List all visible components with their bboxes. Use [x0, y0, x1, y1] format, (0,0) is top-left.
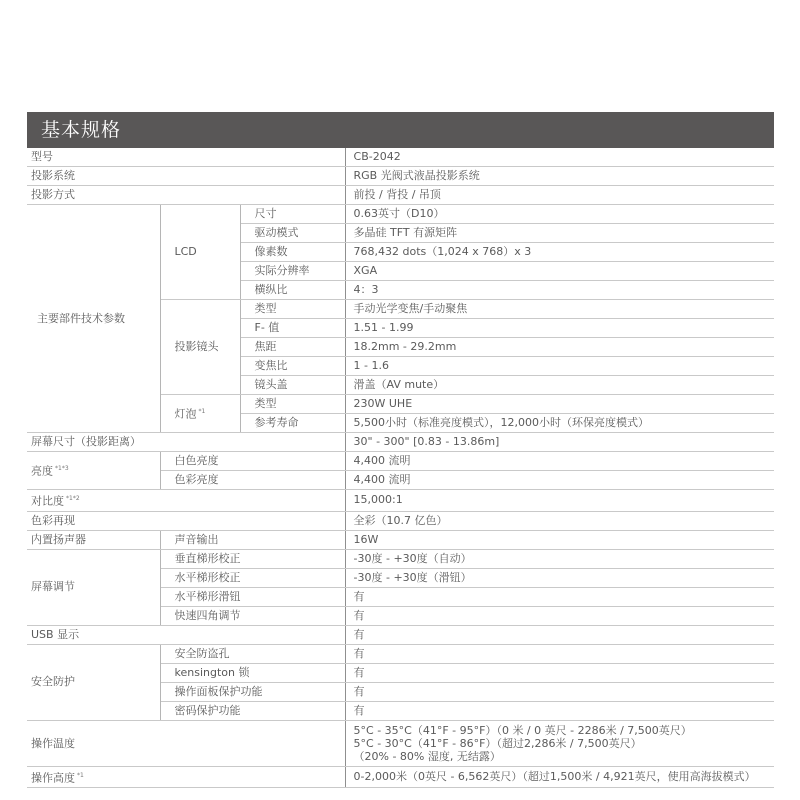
- row-label: 安全防盗孔: [160, 644, 345, 663]
- group-label-speaker: 内置扬声器: [27, 530, 160, 549]
- row-label: 投影系统: [27, 167, 345, 186]
- row-value: 滑盖（AV mute）: [345, 376, 774, 395]
- table-row-projection-method: 投影方式 前投 / 背投 / 吊顶: [27, 186, 774, 205]
- row-label: 实际分辨率: [240, 262, 345, 281]
- spec-table: 型号 CB-2042 投影系统 RGB 光阀式液晶投影系统 投影方式 前投 / …: [27, 148, 774, 788]
- section-title: 基本规格: [27, 112, 774, 148]
- table-row: 亮度*1*3 白色亮度 4,400 流明: [27, 452, 774, 471]
- table-row-color-reproduction: 色彩再现 全彩（10.7 亿色）: [27, 511, 774, 530]
- table-row-contrast: 对比度*1*2 15,000:1: [27, 490, 774, 512]
- row-value: 有: [345, 587, 774, 606]
- row-label: 横纵比: [240, 281, 345, 300]
- row-label: 尺寸: [240, 205, 345, 224]
- row-value: 多晶硅 TFT 有源矩阵: [345, 224, 774, 243]
- row-value: 5,500小时（标准亮度模式），12,000小时（环保亮度模式）: [345, 414, 774, 433]
- row-label: 参考寿命: [240, 414, 345, 433]
- row-value: RGB 光阀式液晶投影系统: [345, 167, 774, 186]
- group-label-screen-adjust: 屏幕调节: [27, 549, 160, 625]
- footnote-marker: *1*3: [55, 465, 69, 472]
- brightness-label: 亮度: [31, 465, 53, 478]
- row-value: 前投 / 背投 / 吊顶: [345, 186, 774, 205]
- subgroup-label-lens: 投影镜头: [160, 300, 240, 395]
- row-value: 有: [345, 663, 774, 682]
- contrast-label: 对比度: [31, 495, 64, 508]
- table-row-usb-display: USB 显示 有: [27, 625, 774, 644]
- row-value: 16W: [345, 530, 774, 549]
- row-value: 15,000:1: [345, 490, 774, 512]
- value-line: 5°C - 35°C（41°F - 95°F）（0 米 / 0 英尺 - 228…: [354, 724, 775, 737]
- row-label: 操作面板保护功能: [160, 682, 345, 701]
- row-label: 密码保护功能: [160, 701, 345, 720]
- row-label: 屏幕尺寸（投影距离）: [27, 433, 345, 452]
- row-value: 4,400 流明: [345, 471, 774, 490]
- row-value: 5°C - 35°C（41°F - 95°F）（0 米 / 0 英尺 - 228…: [345, 720, 774, 766]
- row-value: -30度 - +30度（自动）: [345, 549, 774, 568]
- subgroup-label-lcd: LCD: [160, 205, 240, 300]
- row-value: -30度 - +30度（滑钮）: [345, 568, 774, 587]
- table-row-screen-size: 屏幕尺寸（投影距离） 30" - 300" [0.83 - 13.86m]: [27, 433, 774, 452]
- row-label: 操作高度*1: [27, 766, 345, 788]
- row-value: 0.63英寸（D10）: [345, 205, 774, 224]
- row-value: 有: [345, 625, 774, 644]
- table-row-operating-temp: 操作温度 5°C - 35°C（41°F - 95°F）（0 米 / 0 英尺 …: [27, 720, 774, 766]
- row-label: 镜头盖: [240, 376, 345, 395]
- row-value: 手动光学变焦/手动聚焦: [345, 300, 774, 319]
- group-label-main-components: 主要部件技术参数: [27, 205, 160, 433]
- row-value: XGA: [345, 262, 774, 281]
- table-row: 屏幕调节 垂直梯形校正 -30度 - +30度（自动）: [27, 549, 774, 568]
- row-label: 焦距: [240, 338, 345, 357]
- row-label: kensington 锁: [160, 663, 345, 682]
- row-value: 1 - 1.6: [345, 357, 774, 376]
- row-value: 有: [345, 682, 774, 701]
- table-row-speaker: 内置扬声器 声音输出 16W: [27, 530, 774, 549]
- value-line: 5°C - 30°C（41°F - 86°F）（超过2,286米 / 7,500…: [354, 737, 775, 750]
- table-row-model: 型号 CB-2042: [27, 148, 774, 167]
- footnote-marker: *1*2: [66, 495, 80, 502]
- row-value: 有: [345, 701, 774, 720]
- row-label: 像素数: [240, 243, 345, 262]
- row-label: 水平梯形校正: [160, 568, 345, 587]
- row-label: 操作温度: [27, 720, 345, 766]
- row-label: 变焦比: [240, 357, 345, 376]
- row-value: 18.2mm - 29.2mm: [345, 338, 774, 357]
- row-label: 水平梯形滑钮: [160, 587, 345, 606]
- row-label: 声音输出: [160, 530, 345, 549]
- table-row-operating-altitude: 操作高度*1 0-2,000米（0英尺 - 6,562英尺）（超过1,500米 …: [27, 766, 774, 788]
- table-row: 主要部件技术参数 LCD 尺寸 0.63英寸（D10）: [27, 205, 774, 224]
- row-label: F- 值: [240, 319, 345, 338]
- row-label: 垂直梯形校正: [160, 549, 345, 568]
- altitude-label: 操作高度: [31, 771, 75, 784]
- row-value: 全彩（10.7 亿色）: [345, 511, 774, 530]
- row-value: 768,432 dots（1,024 x 768）x 3: [345, 243, 774, 262]
- row-label: 类型: [240, 300, 345, 319]
- row-value: 230W UHE: [345, 395, 774, 414]
- row-label: 投影方式: [27, 186, 345, 205]
- row-label: 驱动模式: [240, 224, 345, 243]
- value-line: （20% - 80% 湿度, 无结露）: [354, 750, 775, 763]
- row-label: USB 显示: [27, 625, 345, 644]
- subgroup-label-lamp: 灯泡*1: [160, 395, 240, 433]
- footnote-marker: *1: [199, 408, 206, 415]
- row-value: 0-2,000米（0英尺 - 6,562英尺）（超过1,500米 / 4,921…: [345, 766, 774, 788]
- group-label-security: 安全防护: [27, 644, 160, 720]
- spec-sheet: 基本规格 型号 CB-2042 投影系统 RGB 光阀式液晶投影系统 投影方式 …: [27, 112, 774, 788]
- row-value: 4,400 流明: [345, 452, 774, 471]
- row-value: 4：3: [345, 281, 774, 300]
- row-label: 快速四角调节: [160, 606, 345, 625]
- row-label: 色彩再现: [27, 511, 345, 530]
- table-row-projection-system: 投影系统 RGB 光阀式液晶投影系统: [27, 167, 774, 186]
- table-row: 安全防护 安全防盗孔 有: [27, 644, 774, 663]
- row-value: 有: [345, 606, 774, 625]
- row-value: 有: [345, 644, 774, 663]
- row-label: 白色亮度: [160, 452, 345, 471]
- row-value: 30" - 300" [0.83 - 13.86m]: [345, 433, 774, 452]
- row-label: 型号: [27, 148, 345, 167]
- row-label: 色彩亮度: [160, 471, 345, 490]
- row-value: CB-2042: [345, 148, 774, 167]
- row-label: 对比度*1*2: [27, 490, 345, 512]
- group-label-brightness: 亮度*1*3: [27, 452, 160, 490]
- row-value: 1.51 - 1.99: [345, 319, 774, 338]
- row-label: 类型: [240, 395, 345, 414]
- footnote-marker: *1: [77, 772, 84, 779]
- lamp-label: 灯泡: [175, 408, 197, 421]
